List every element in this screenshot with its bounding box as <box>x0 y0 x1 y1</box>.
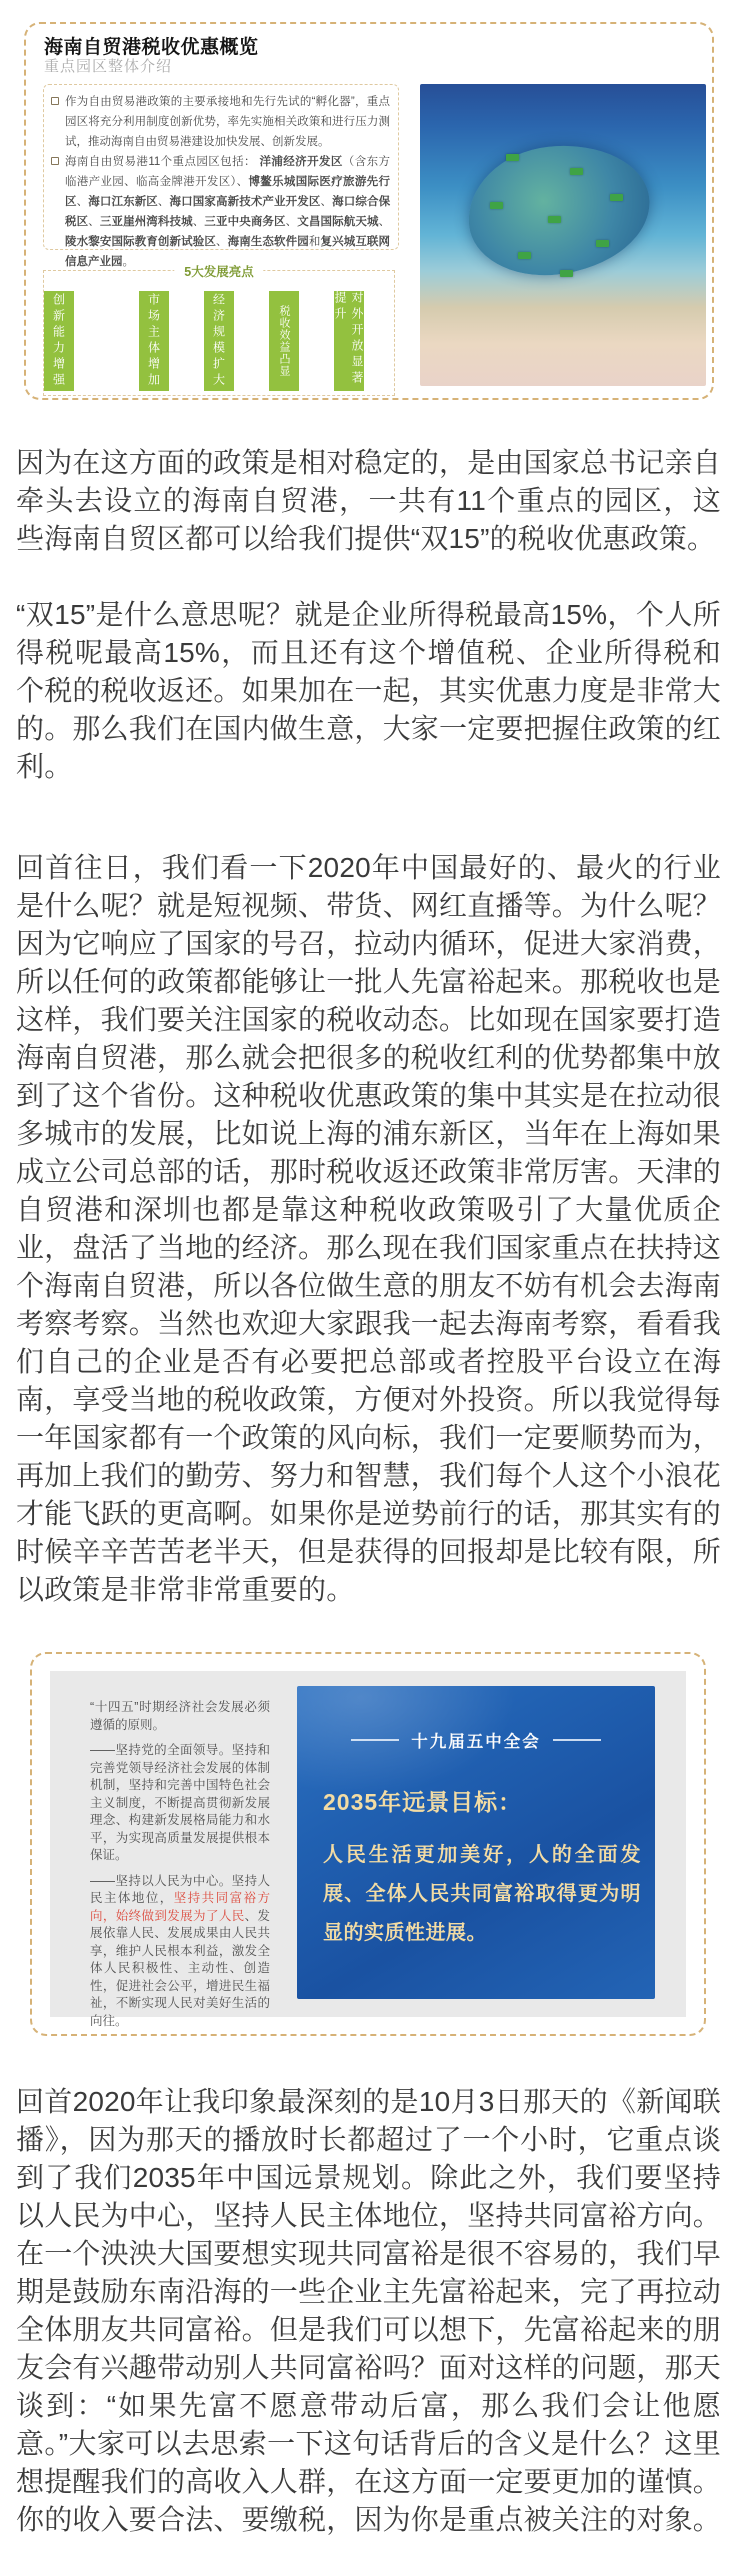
plenum-header: 十九届五中全会 <box>297 1728 655 1752</box>
slide2-left-text: “十四五”时期经济社会发展必须遵循的原则。 ——坚持党的全面领导。坚持和完善党领… <box>90 1699 270 2038</box>
article-page: 海南自贸港税收优惠概览 重点园区整体介绍 作为自由贸易港政策的主要承接地和先行先… <box>0 0 737 2560</box>
slide1-subtitle: 重点园区整体介绍 <box>44 55 172 76</box>
highlight-bar-label: 创新能力增强 <box>51 293 68 389</box>
slide2-blue-panel: 十九届五中全会 2035年远景目标： 人民生活更加美好，人的全面发展、全体人民共… <box>297 1686 655 1999</box>
square-bullet-icon <box>51 97 59 105</box>
highlight-bar-label: 市场主体增加 <box>146 293 163 389</box>
map-marker <box>560 270 573 277</box>
vision-2035-title: 2035年远景目标： <box>323 1784 522 1817</box>
bullet-text: 作为自由贸易港政策的主要承接地和先行先试的“孵化器”，重点园区将充分利用制度创新… <box>65 92 390 152</box>
principle-people-centered: ——坚持以人民为中心。坚持人民主体地位，坚持共同富裕方向，始终做到发展为了人民、… <box>90 1873 270 2031</box>
highlight-bar-label: 经济规模扩大 <box>211 293 228 389</box>
map-marker <box>610 194 623 201</box>
header-line-left <box>351 1739 399 1741</box>
slide2-gray-panel: “十四五”时期经济社会发展必须遵循的原则。 ——坚持党的全面领导。坚持和完善党领… <box>50 1671 686 2017</box>
map-marker <box>596 240 609 247</box>
square-bullet-icon <box>51 157 59 165</box>
highlight-bar-label: 税收效益凸显 <box>276 305 292 377</box>
map-marker <box>548 216 561 223</box>
bullet-text: 海南自由贸易港11个重点园区包括： 洋浦经济开发区（含东方临港产业园、临高金牌港… <box>65 152 390 272</box>
slide1-bullet-box: 作为自由贸易港政策的主要承接地和先行先试的“孵化器”，重点园区将充分利用制度创新… <box>43 84 399 250</box>
paragraph-2: “双15”是什么意思呢？就是企业所得税最高15%，个人所得税呢最高15%，而且还… <box>16 596 721 786</box>
map-marker <box>490 202 503 209</box>
slide1-hainan-tax-overview-image[interactable]: 海南自贸港税收优惠概览 重点园区整体介绍 作为自由贸易港政策的主要承接地和先行先… <box>24 22 714 400</box>
highlight-bar: 税收效益凸显 <box>269 291 299 391</box>
principle-party-leadership: ——坚持党的全面领导。坚持和完善党领导经济社会发展的体制机制，坚持和完善中国特色… <box>90 1742 270 1865</box>
bullet-item: 作为自由贸易港政策的主要承接地和先行先试的“孵化器”，重点园区将充分利用制度创新… <box>51 92 390 152</box>
vision-2035-body: 人民生活更加美好，人的全面发展、全体人民共同富裕取得更为明显的实质性进展。 <box>323 1836 641 1953</box>
header-line-right <box>553 1739 601 1741</box>
bullet-item: 海南自由贸易港11个重点园区包括： 洋浦经济开发区（含东方临港产业园、临高金牌港… <box>51 152 390 272</box>
map-marker <box>518 252 531 259</box>
principles-intro: “十四五”时期经济社会发展必须遵循的原则。 <box>90 1699 270 1734</box>
plenum-header-text: 十九届五中全会 <box>411 1728 541 1752</box>
paragraph-4: 回首2020年让我印象最深刻的是10月3日那天的《新闻联播》，因为那天的播放时长… <box>16 2083 721 2539</box>
highlights-label: 5大发展亮点 <box>174 262 263 280</box>
slide2-plenum-image[interactable]: “十四五”时期经济社会发展必须遵循的原则。 ——坚持党的全面领导。坚持和完善党领… <box>30 1652 706 2036</box>
hainan-island-shape <box>462 137 656 283</box>
highlight-bar: 市场主体增加 <box>139 291 169 391</box>
map-marker <box>570 168 583 175</box>
map-marker <box>506 154 519 161</box>
hainan-map-image <box>420 84 706 386</box>
paragraph-1: 因为在这方面的政策是相对稳定的，是由国家总书记亲自牵头去设立的海南自贸港，一共有… <box>16 444 721 558</box>
highlight-bar-label: 对外开放显著提升 <box>332 291 366 391</box>
paragraph-3: 回首往日，我们看一下2020年中国最好的、最火的行业是什么呢？就是短视频、带货、… <box>16 849 721 1609</box>
highlight-bar: 经济规模扩大 <box>204 291 234 391</box>
slide1-highlights-box: 5大发展亮点 市场主体增加 经济规模扩大 税收效益凸显 对外开放显著提升 创新能… <box>43 270 395 396</box>
highlight-bar: 创新能力增强 <box>44 291 74 391</box>
highlight-bar: 对外开放显著提升 <box>334 291 364 391</box>
